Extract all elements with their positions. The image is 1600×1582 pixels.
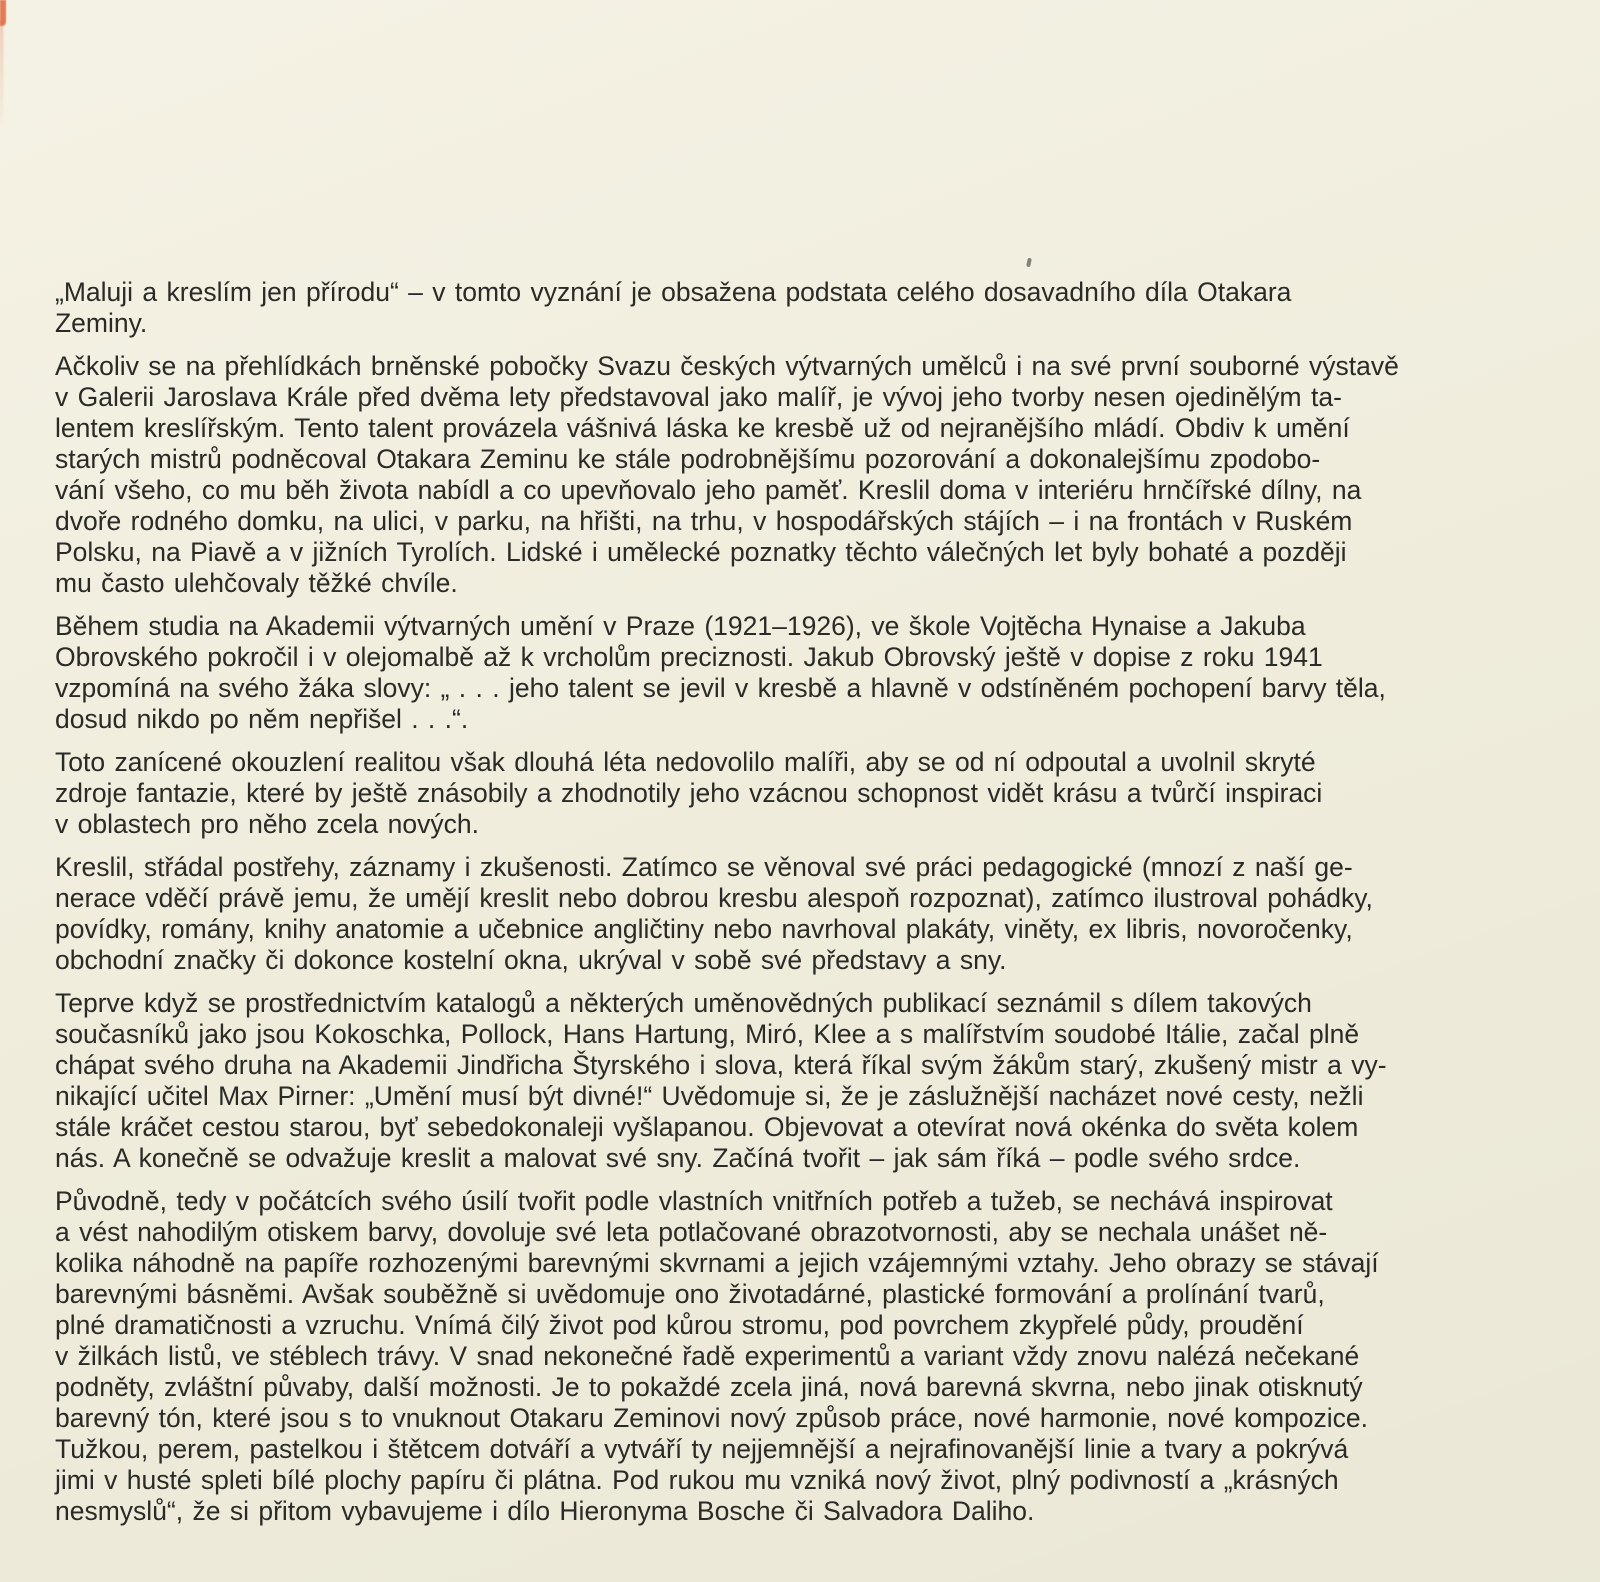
text-line: v žilkách listů, ve stéblech trávy. V sn…: [55, 1341, 1545, 1372]
text-line: chápat svého druha na Akademii Jindřicha…: [55, 1050, 1545, 1081]
text-line: zdroje fantazie, které by ještě znásobil…: [55, 778, 1545, 809]
paragraph: Teprve když se prostřednictvím katalogů …: [55, 988, 1545, 1174]
document-text: „Maluji a kreslím jen přírodu“ – v tomto…: [55, 277, 1545, 1539]
text-line: barevný tón, které jsou s to vnuknout Ot…: [55, 1403, 1545, 1434]
text-line: Obrovského pokročil i v olejomalbě až k …: [55, 642, 1545, 673]
text-line: Ačkoliv se na přehlídkách brněnské poboč…: [55, 351, 1545, 382]
text-line: nikající učitel Max Pirner: „Umění musí …: [55, 1081, 1545, 1112]
text-line: obchodní značky či dokonce kostelní okna…: [55, 945, 1545, 976]
text-line: v oblastech pro něho zcela nových.: [55, 809, 1545, 840]
scanned-page: „Maluji a kreslím jen přírodu“ – v tomto…: [0, 0, 1600, 1582]
text-line: stále kráčet cestou starou, byť sebedoko…: [55, 1112, 1545, 1143]
text-line: v Galerii Jaroslava Krále před dvěma let…: [55, 382, 1545, 413]
text-line: nesmyslů“, že si přitom vybavujeme i díl…: [55, 1496, 1545, 1527]
text-line: povídky, romány, knihy anatomie a učebni…: [55, 914, 1545, 945]
scan-edge-artifact-fade: [0, 20, 3, 130]
text-line: Původně, tedy v počátcích svého úsilí tv…: [55, 1186, 1545, 1217]
text-line: dvoře rodného domku, na ulici, v parku, …: [55, 506, 1545, 537]
text-line: nás. A konečně se odvažuje kreslit a mal…: [55, 1143, 1545, 1174]
paragraph: „Maluji a kreslím jen přírodu“ – v tomto…: [55, 277, 1545, 339]
text-line: a vést nahodilým otiskem barvy, dovoluje…: [55, 1217, 1545, 1248]
text-line: mu často ulehčovaly těžké chvíle.: [55, 568, 1545, 599]
text-line: Polsku, na Piavě a v jižních Tyrolích. L…: [55, 537, 1545, 568]
text-line: podněty, zvláštní půvaby, další možnosti…: [55, 1372, 1545, 1403]
text-line: jimi v husté spleti bílé plochy papíru č…: [55, 1465, 1545, 1496]
paragraph: Toto zanícené okouzlení realitou však dl…: [55, 747, 1545, 840]
text-line: „Maluji a kreslím jen přírodu“ – v tomto…: [55, 277, 1545, 308]
text-line: Toto zanícené okouzlení realitou však dl…: [55, 747, 1545, 778]
text-line: barevnými básněmi. Avšak souběžně si uvě…: [55, 1279, 1545, 1310]
text-line: nerace vděčí právě jemu, že umějí kresli…: [55, 883, 1545, 914]
text-line: vání všeho, co mu běh života nabídl a co…: [55, 475, 1545, 506]
text-line: Tužkou, perem, pastelkou i štětcem dotvá…: [55, 1434, 1545, 1465]
paragraph: Původně, tedy v počátcích svého úsilí tv…: [55, 1186, 1545, 1527]
scan-speck-artifact: [1026, 258, 1032, 268]
text-line: Během studia na Akademii výtvarných uměn…: [55, 611, 1545, 642]
text-line: současníků jako jsou Kokoschka, Pollock,…: [55, 1019, 1545, 1050]
text-line: Zeminy.: [55, 308, 1545, 339]
text-line: Teprve když se prostřednictvím katalogů …: [55, 988, 1545, 1019]
paragraph: Během studia na Akademii výtvarných uměn…: [55, 611, 1545, 735]
paragraph: Kreslil, střádal postřehy, záznamy i zku…: [55, 852, 1545, 976]
text-line: vzpomíná na svého žáka slovy: „ . . . je…: [55, 673, 1545, 704]
text-line: plné dramatičnosti a vzruchu. Vnímá čilý…: [55, 1310, 1545, 1341]
paragraph: Ačkoliv se na přehlídkách brněnské poboč…: [55, 351, 1545, 599]
text-line: dosud nikdo po něm nepřišel . . .“.: [55, 704, 1545, 735]
text-line: Kreslil, střádal postřehy, záznamy i zku…: [55, 852, 1545, 883]
text-line: lentem kreslířským. Tento talent prováze…: [55, 413, 1545, 444]
text-line: kolika náhodně na papíře rozhozenými bar…: [55, 1248, 1545, 1279]
text-line: starých mistrů podněcoval Otakara Zeminu…: [55, 444, 1545, 475]
